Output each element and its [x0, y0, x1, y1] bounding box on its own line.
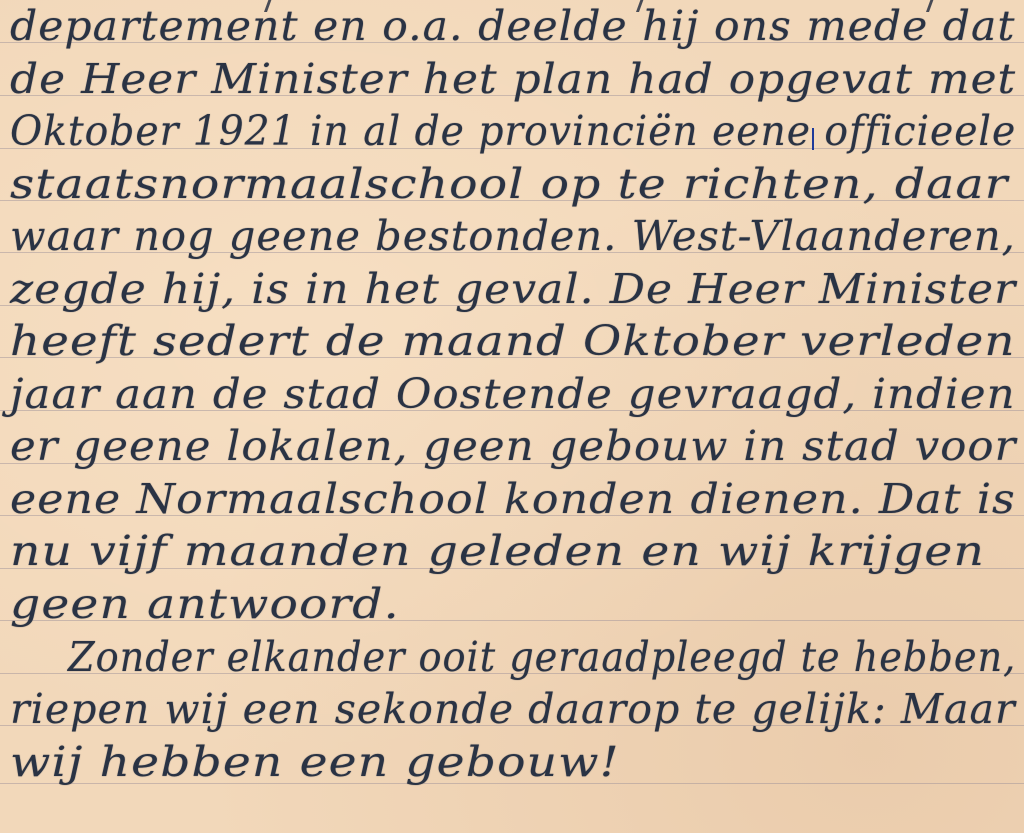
text-line-7: heeft sedert de maand Oktober verleden — [10, 317, 1016, 365]
text-line-8: jaar aan de stad Oostende gevraagd, indi… — [10, 370, 1016, 418]
blue-ink-correction-mark — [812, 128, 814, 150]
text-line-5: waar nog geene bestonden. West-Vlaandere… — [10, 212, 1016, 260]
text-line-4: staatsnormaalschool op te richten, daar — [10, 160, 1008, 208]
text-line-3: Oktober 1921 in al de provinciën eene of… — [10, 107, 1016, 155]
text-line-1: departement en o.a. deelde hij ons mede … — [10, 2, 1015, 50]
text-line-9: er geene lokalen, geen gebouw in stad vo… — [10, 422, 1016, 470]
text-line-2: de Heer Minister het plan had opgevat me… — [10, 55, 1016, 103]
text-line-11: nu vijf maanden geleden en wij krijgen — [10, 527, 985, 575]
text-line-15: wij hebben een gebouw! — [10, 738, 620, 786]
text-line-12: geen antwoord. — [10, 580, 400, 628]
text-line-14: riepen wij een sekonde daarop te gelijk:… — [10, 685, 1016, 733]
handwritten-page: departement en o.a. deelde hij ons mede … — [0, 0, 1024, 833]
text-line-6: zegde hij, is in het geval. De Heer Mini… — [10, 265, 1016, 313]
text-line-13-paragraph-start: Zonder elkander ooit geraadpleegd te heb… — [68, 633, 1016, 681]
text-line-10: eene Normaalschool konden dienen. Dat is — [10, 475, 1016, 523]
